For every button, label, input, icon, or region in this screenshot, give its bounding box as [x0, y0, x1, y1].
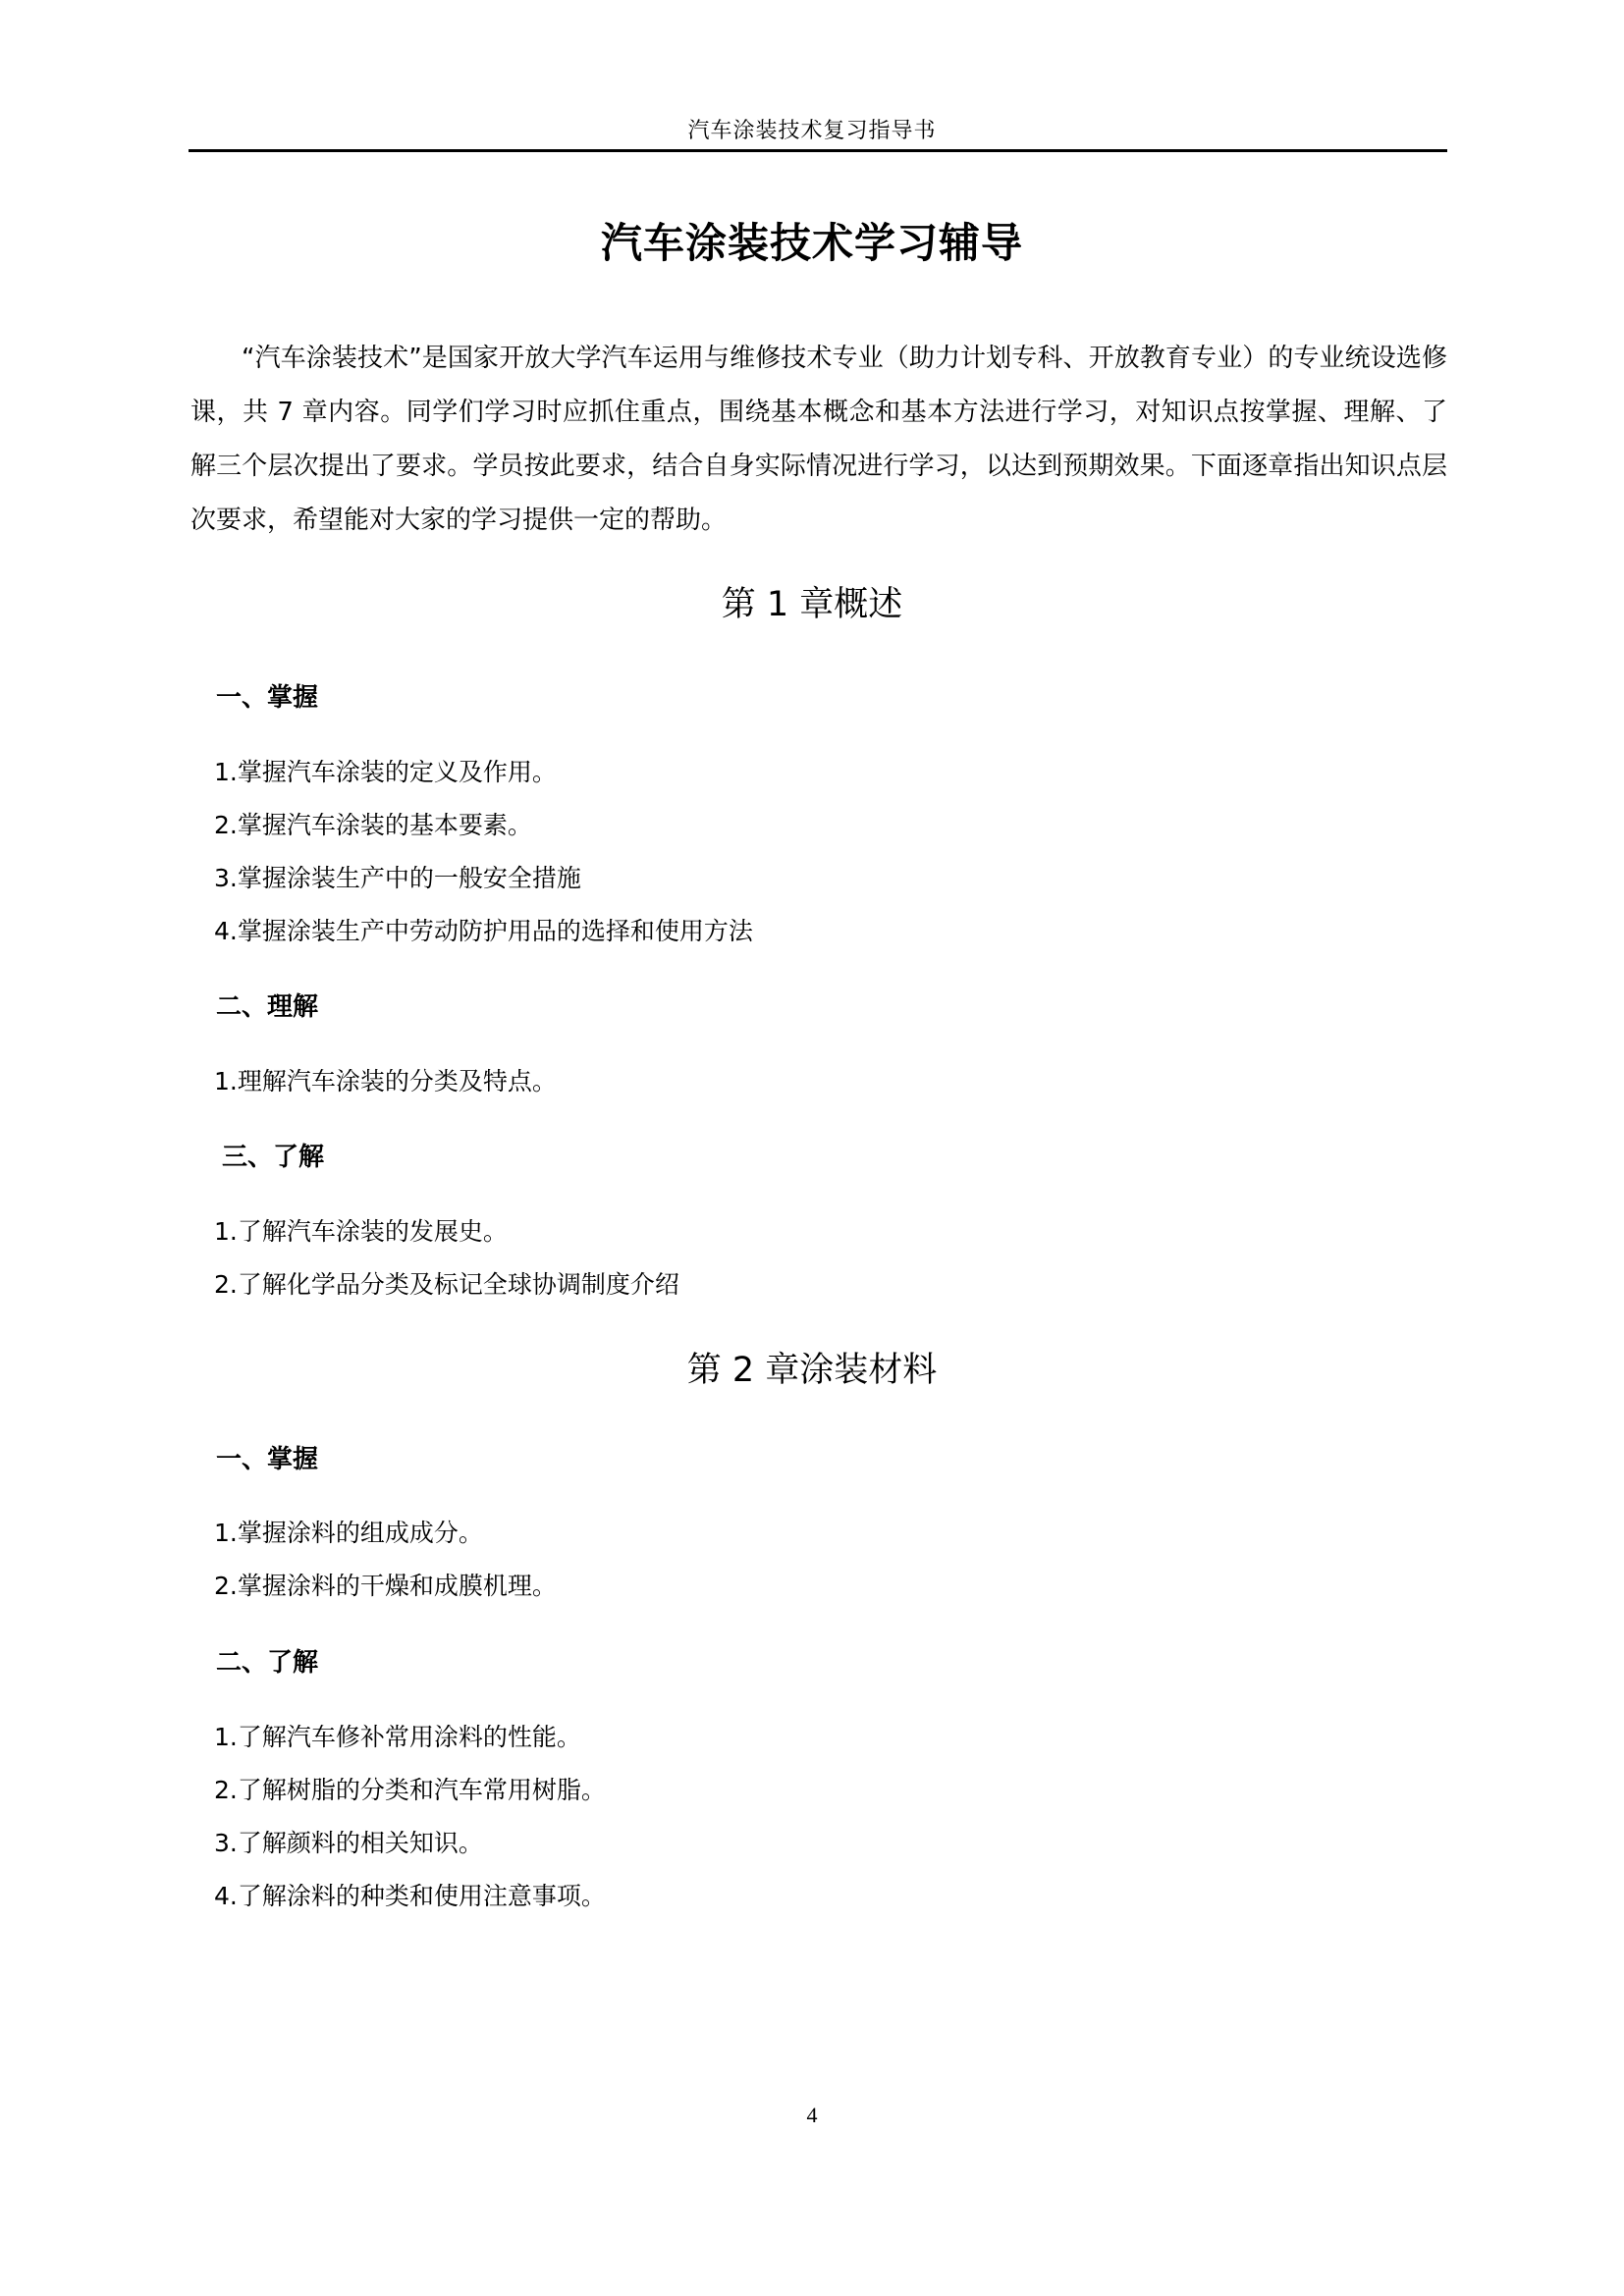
list-item: 1.理解汽车涂装的分类及特点。	[214, 1062, 557, 1097]
chapter-1-title: 第 1 章概述	[0, 577, 1624, 626]
list-item: 1.了解汽车修补常用涂料的性能。	[214, 1718, 581, 1753]
chapter-2-title: 第 2 章涂装材料	[0, 1343, 1624, 1392]
list-item: 1.了解汽车涂装的发展史。	[214, 1212, 508, 1248]
list-item: 2.掌握汽车涂装的基本要素。	[214, 806, 532, 841]
document-title: 汽车涂装技术学习辅导	[0, 211, 1624, 270]
list-item: 4.掌握涂装生产中劳动防护用品的选择和使用方法	[214, 912, 753, 947]
chapter-1-section-know-heading: 三、了解	[222, 1137, 324, 1173]
list-item: 3.了解颜料的相关知识。	[214, 1824, 483, 1859]
list-item: 2.了解化学品分类及标记全球协调制度介绍	[214, 1265, 679, 1301]
list-item: 3.掌握涂装生产中的一般安全措施	[214, 859, 581, 894]
intro-paragraph: “汽车涂装技术”是国家开放大学汽车运用与维修技术专业（助力计划专科、开放教育专业…	[190, 332, 1447, 548]
list-item: 1.掌握涂料的组成成分。	[214, 1514, 483, 1549]
chapter-1-section-understand-heading: 二、理解	[216, 987, 318, 1023]
page-number: 4	[0, 2103, 1624, 2128]
list-item: 2.了解树脂的分类和汽车常用树脂。	[214, 1771, 606, 1806]
list-item: 1.掌握汽车涂装的定义及作用。	[214, 753, 557, 788]
running-header: 汽车涂装技术复习指导书	[0, 114, 1624, 144]
chapter-2-section-know-heading: 二、了解	[216, 1642, 318, 1679]
chapter-2-section-master-heading: 一、掌握	[216, 1439, 318, 1475]
chapter-1-section-master-heading: 一、掌握	[216, 677, 318, 714]
header-rule	[189, 149, 1447, 152]
list-item: 2.掌握涂料的干燥和成膜机理。	[214, 1567, 557, 1602]
list-item: 4.了解涂料的种类和使用注意事项。	[214, 1877, 606, 1912]
